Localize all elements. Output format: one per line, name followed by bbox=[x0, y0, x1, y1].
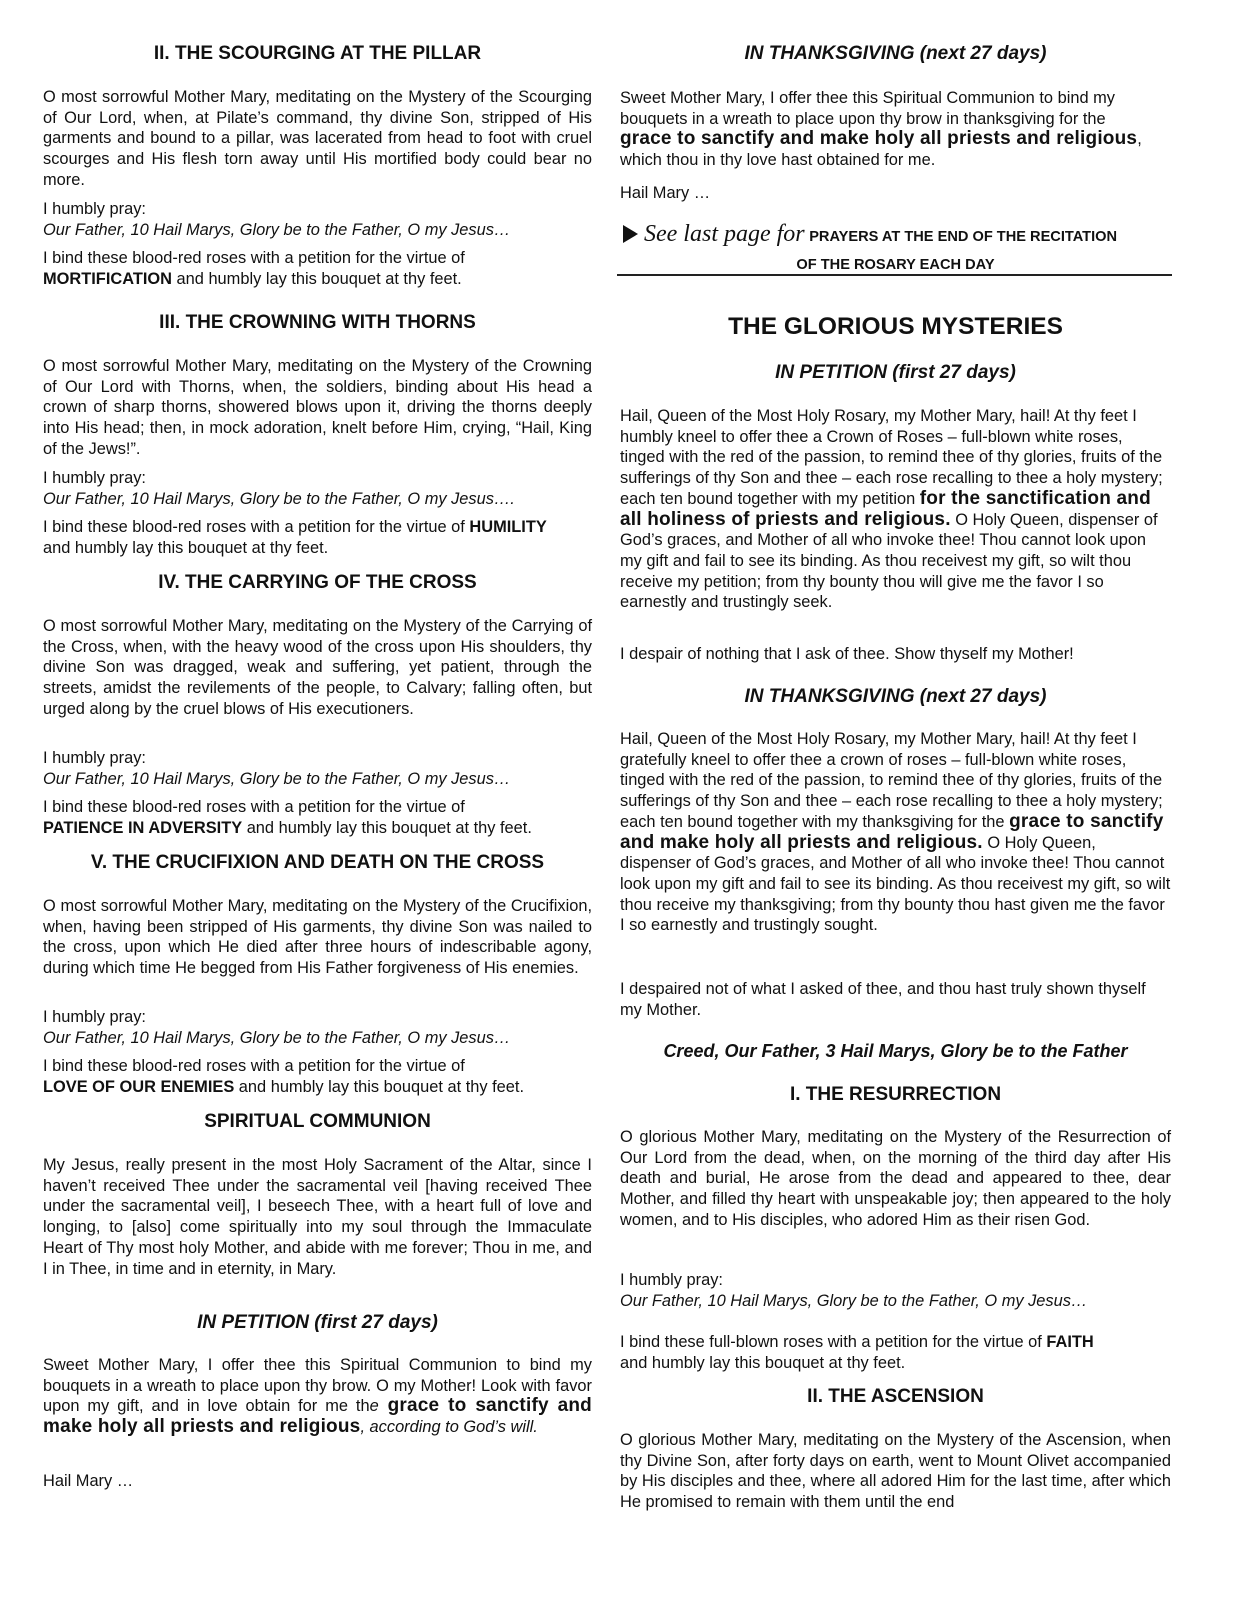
section-divider bbox=[617, 274, 1172, 276]
virtue-patience: PATIENCE IN ADVERSITY bbox=[43, 819, 242, 837]
ascension-meditation: O glorious Mother Mary, meditating on th… bbox=[620, 1430, 1171, 1513]
heading-in-thanksgiving: IN THANKSGIVING (next 27 days) bbox=[620, 43, 1171, 65]
heading-scourging: II. THE SCOURGING AT THE PILLAR bbox=[43, 43, 592, 65]
play-arrow-icon bbox=[623, 225, 638, 243]
see-last-page-line2: OF THE ROSARY EACH DAY bbox=[620, 255, 1171, 276]
virtue-mortification: MORTIFICATION bbox=[43, 270, 172, 288]
crowning-prayers: Our Father, 10 Hail Marys, Glory be to t… bbox=[43, 489, 592, 510]
heading-spiritual-communion: SPIRITUAL COMMUNION bbox=[43, 1111, 592, 1133]
virtue-love-of-enemies: LOVE OF OUR ENEMIES bbox=[43, 1078, 234, 1096]
heading-glorious-mysteries: THE GLORIOUS MYSTERIES bbox=[620, 313, 1171, 341]
creed-line: Creed, Our Father, 3 Hail Marys, Glory b… bbox=[620, 1041, 1171, 1062]
crowning-bind: I bind these blood-red roses with a peti… bbox=[43, 517, 592, 558]
petition-hail-mary: Hail Mary … bbox=[43, 1471, 592, 1492]
scourging-meditation: O most sorrowful Mother Mary, meditating… bbox=[43, 87, 592, 191]
glorious-petition-despair: I despair of nothing that I ask of thee.… bbox=[620, 644, 1171, 665]
heading-crucifixion: V. THE CRUCIFIXION AND DEATH ON THE CROS… bbox=[43, 852, 592, 874]
thanksgiving-hail-mary: Hail Mary … bbox=[620, 183, 1171, 204]
scourging-prayers: Our Father, 10 Hail Marys, Glory be to t… bbox=[43, 220, 592, 241]
carrying-bind: I bind these blood-red roses with a peti… bbox=[43, 797, 592, 838]
virtue-humility: HUMILITY bbox=[469, 518, 546, 536]
crucifixion-prayers: Our Father, 10 Hail Marys, Glory be to t… bbox=[43, 1028, 592, 1049]
carrying-pray-label: I humbly pray: bbox=[43, 748, 592, 769]
virtue-faith: FAITH bbox=[1046, 1333, 1093, 1351]
thanksgiving-grace-emphasis: grace to sanctify and make holy all prie… bbox=[620, 128, 1137, 149]
scourging-pray-label: I humbly pray: bbox=[43, 199, 592, 220]
spiritual-communion-text: My Jesus, really present in the most Hol… bbox=[43, 1155, 592, 1279]
carrying-prayers: Our Father, 10 Hail Marys, Glory be to t… bbox=[43, 769, 592, 790]
heading-carrying: IV. THE CARRYING OF THE CROSS bbox=[43, 572, 592, 594]
resurrection-meditation: O glorious Mother Mary, meditating on th… bbox=[620, 1127, 1171, 1231]
glorious-thanksgiving-text: Hail, Queen of the Most Holy Rosary, my … bbox=[620, 729, 1171, 936]
crowning-meditation: O most sorrowful Mother Mary, meditating… bbox=[43, 356, 592, 460]
resurrection-prayers: Our Father, 10 Hail Marys, Glory be to t… bbox=[620, 1291, 1171, 1312]
scourging-bind: I bind these blood-red roses with a peti… bbox=[43, 248, 592, 289]
crowning-pray-label: I humbly pray: bbox=[43, 468, 592, 489]
petition-text: Sweet Mother Mary, I offer thee this Spi… bbox=[43, 1355, 592, 1438]
carrying-meditation: O most sorrowful Mother Mary, meditating… bbox=[43, 616, 592, 720]
heading-ascension: II. THE ASCENSION bbox=[620, 1386, 1171, 1408]
glorious-thanksgiving-despaired: I despaired not of what I asked of thee,… bbox=[620, 979, 1171, 1020]
heading-glorious-petition: IN PETITION (first 27 days) bbox=[620, 362, 1171, 384]
thanksgiving-sc-text: Sweet Mother Mary, I offer thee this Spi… bbox=[620, 88, 1171, 171]
see-last-page-note[interactable]: See last page for PRAYERS AT THE END OF … bbox=[620, 220, 1171, 251]
crucifixion-pray-label: I humbly pray: bbox=[43, 1007, 592, 1028]
heading-resurrection: I. THE RESURRECTION bbox=[620, 1084, 1171, 1106]
heading-crowning: III. THE CROWNING WITH THORNS bbox=[43, 312, 592, 334]
crucifixion-bind: I bind these blood-red roses with a peti… bbox=[43, 1056, 592, 1097]
crucifixion-meditation: O most sorrowful Mother Mary, meditating… bbox=[43, 896, 592, 979]
resurrection-bind: I bind these full-blown roses with a pet… bbox=[620, 1332, 1171, 1373]
resurrection-pray-label: I humbly pray: bbox=[620, 1270, 1171, 1291]
glorious-petition-text: Hail, Queen of the Most Holy Rosary, my … bbox=[620, 406, 1171, 613]
heading-in-petition: IN PETITION (first 27 days) bbox=[43, 1312, 592, 1334]
heading-glorious-thanksgiving: IN THANKSGIVING (next 27 days) bbox=[620, 686, 1171, 708]
